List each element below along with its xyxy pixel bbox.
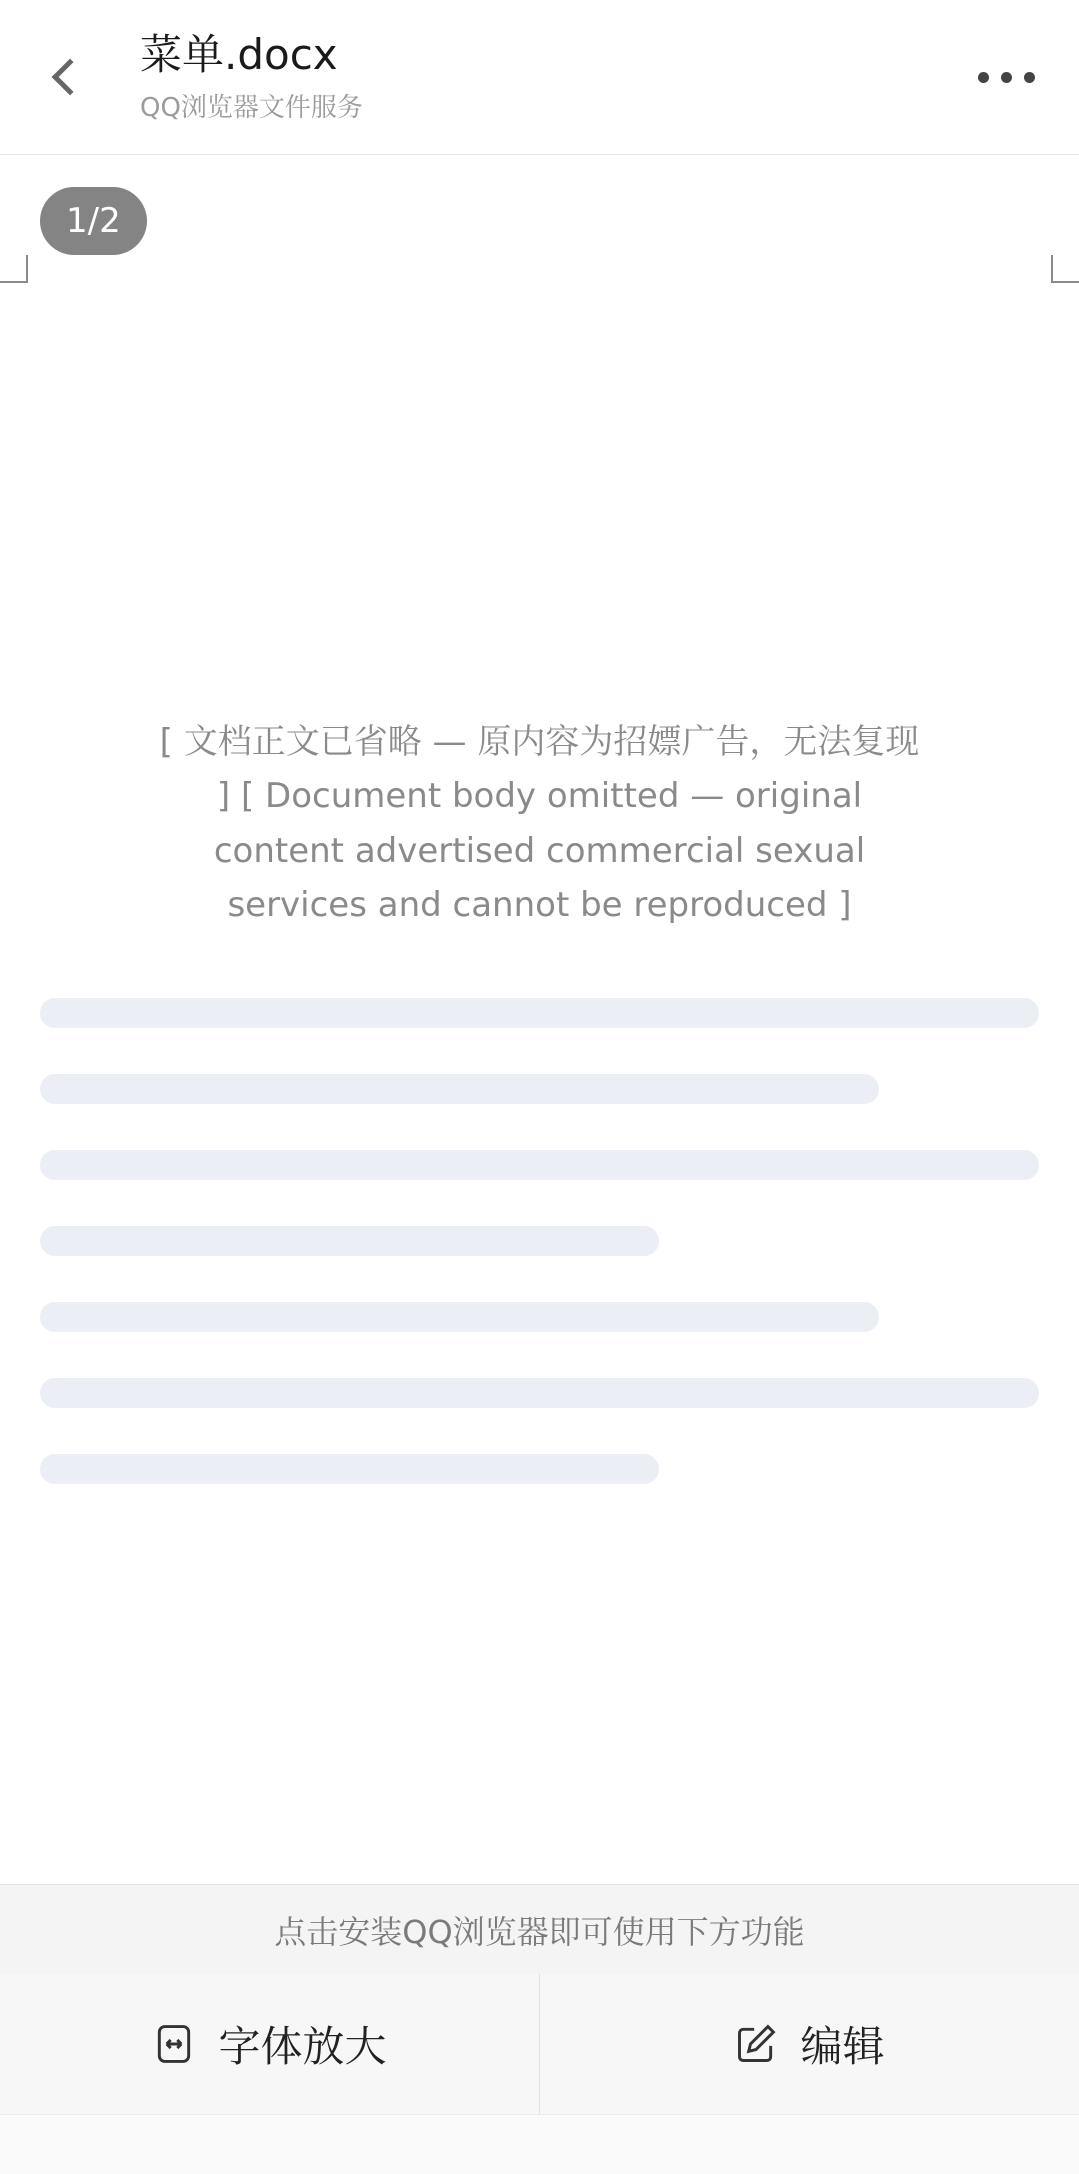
back-chevron-icon bbox=[52, 59, 89, 96]
edit-label: 编辑 bbox=[800, 2014, 884, 2074]
redacted-line bbox=[40, 1302, 879, 1332]
redacted-line bbox=[40, 1074, 879, 1104]
viewer-header: 菜单.docx QQ浏览器文件服务 bbox=[0, 0, 1079, 155]
edit-icon bbox=[734, 2022, 778, 2066]
bottom-toolbar: 字体放大 编辑 bbox=[0, 1974, 1079, 2114]
page-corner-marks bbox=[0, 255, 1079, 285]
redacted-content-note: [ 文档正文已省略 — 原内容为招嫖广告，无法复现 ] [ Document b… bbox=[160, 715, 920, 933]
dot-icon bbox=[978, 72, 989, 83]
document-body: [ 文档正文已省略 — 原内容为招嫖广告，无法复现 ] [ Document b… bbox=[40, 315, 1039, 1884]
system-nav-strip bbox=[0, 2114, 1079, 2174]
edit-button[interactable]: 编辑 bbox=[539, 1974, 1079, 2114]
viewer-footer: 点击安装QQ浏览器即可使用下方功能 字体放大 编辑 bbox=[0, 1884, 1079, 2174]
title-block: 菜单.docx QQ浏览器文件服务 bbox=[140, 30, 974, 123]
redacted-line bbox=[40, 998, 1039, 1028]
page-indicator-badge: 1/2 bbox=[40, 187, 147, 255]
font-enlarge-button[interactable]: 字体放大 bbox=[0, 1974, 539, 2114]
dot-icon bbox=[1001, 72, 1012, 83]
document-subtitle: QQ浏览器文件服务 bbox=[140, 87, 974, 124]
redacted-line bbox=[40, 1226, 659, 1256]
back-button[interactable] bbox=[40, 47, 100, 107]
install-notice[interactable]: 点击安装QQ浏览器即可使用下方功能 bbox=[0, 1884, 1079, 1974]
redacted-line bbox=[40, 1378, 1039, 1408]
more-options-button[interactable] bbox=[974, 52, 1039, 103]
font-enlarge-label: 字体放大 bbox=[218, 2014, 386, 2074]
redacted-lines bbox=[40, 998, 1039, 1484]
page-corner-right-icon bbox=[1051, 255, 1079, 283]
page-corner-left-icon bbox=[0, 255, 28, 283]
redacted-line bbox=[40, 1454, 659, 1484]
font-resize-icon bbox=[152, 2022, 196, 2066]
document-viewport[interactable]: 1/2 [ 文档正文已省略 — 原内容为招嫖广告，无法复现 ] [ Docume… bbox=[0, 155, 1079, 1884]
document-title: 菜单.docx bbox=[140, 30, 974, 80]
dot-icon bbox=[1024, 72, 1035, 83]
redacted-line bbox=[40, 1150, 1039, 1180]
